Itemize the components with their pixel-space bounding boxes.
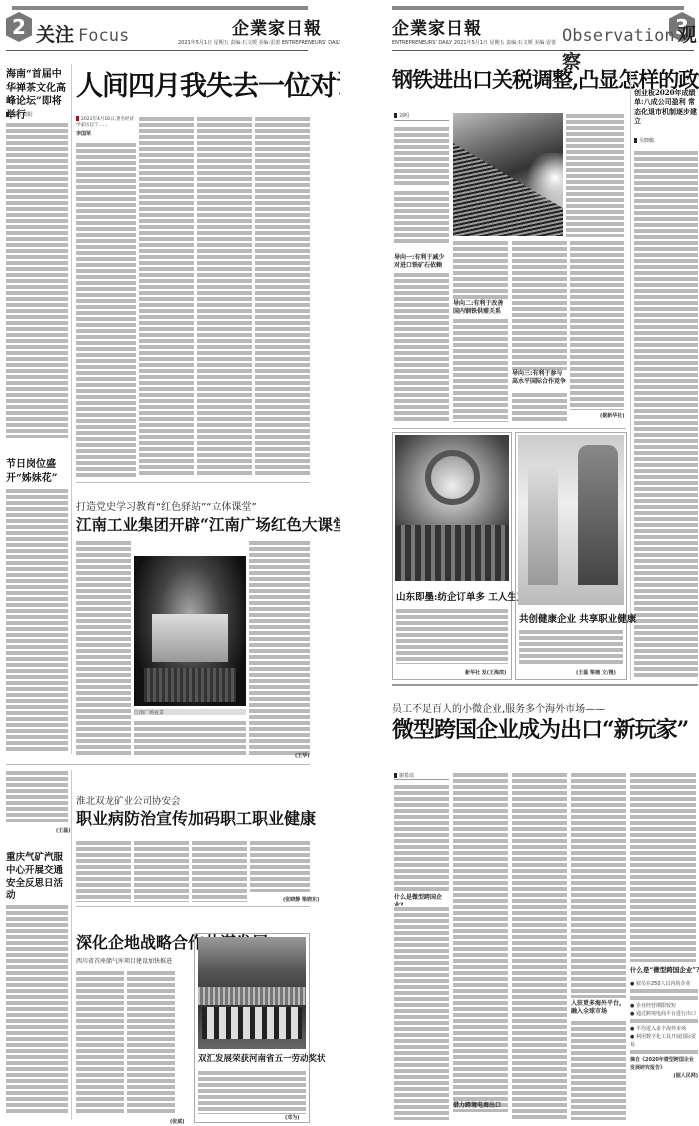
body-text	[566, 113, 624, 237]
photo-news-1: 山东即墨:纺企订单多 工人生产忙 新华社 发(王海滨)	[392, 432, 512, 680]
sidebar-bullets: ● 雇员在250人以内的企业 ● 企业经营期限较短 ● 通过跨境电商平台进行出口…	[630, 980, 698, 1080]
photo-news-2-headline[interactable]: 共创健康企业 共享职业健康	[519, 611, 636, 625]
page-2-focus: 2 关注Focus 企業家日報 2021年5月1日 星期五 责编:石文媛 美编:…	[0, 0, 340, 1126]
column-rule	[71, 770, 72, 1120]
subhead-3: 导向三:有利于参与高水平国际合作竞争	[512, 370, 568, 387]
page-gutter	[340, 0, 362, 1126]
body-text	[76, 840, 131, 902]
body-text	[453, 772, 508, 1112]
section-title: 关注Focus	[36, 20, 129, 47]
masthead-logo: 企業家日報	[232, 14, 322, 39]
body-col-2	[139, 116, 194, 477]
bullet-item: ● 企业经营期限较短	[630, 1002, 698, 1010]
subhead-1: 导向一:有利于减少对进口铁矿石依赖	[394, 254, 450, 271]
sidebar-headline-2[interactable]: 节日岗位盛开“姊妹花”	[6, 458, 68, 485]
divider	[76, 906, 310, 907]
body-text	[394, 906, 449, 1120]
body-text	[76, 540, 131, 755]
body-col-4	[255, 116, 310, 477]
dateline: 2021年5月1日 星期五 责编:石文媛 美编:雷蕾 ENTREPRENEURS…	[178, 39, 342, 46]
subhead-2: 导向二:有利于改善国内钢铁供需关系	[453, 300, 509, 317]
column-rule	[630, 70, 631, 680]
body-text	[249, 540, 310, 755]
body-text	[134, 840, 189, 902]
body-text	[394, 784, 449, 892]
body-text	[571, 772, 626, 998]
body-text	[394, 190, 449, 245]
byline: 刘明	[394, 112, 409, 119]
body-text	[512, 772, 567, 1120]
sidebar-box-title: 什么是“微型跨国企业”?	[630, 966, 699, 975]
body-text	[6, 770, 68, 822]
author: 李国荣	[76, 130, 91, 137]
page-3-observation: 3 企業家日報 ENTREPRENEURS' DAILY 2021年5月1日 星…	[362, 0, 699, 1126]
signature: (王华)	[295, 752, 310, 759]
header-top-bar	[12, 6, 308, 10]
photo-caption: 江南广场夜景	[134, 709, 246, 715]
masthead-logo: 企業家日報	[392, 14, 482, 39]
body-text	[512, 240, 567, 370]
award-photo	[198, 937, 306, 1049]
divider	[392, 684, 698, 686]
award-headline[interactable]: 双汇发展荣获河南省五一劳动奖状	[198, 1054, 326, 1065]
body-text	[453, 240, 508, 300]
health-headline[interactable]: 职业病防治宣传加码职工职业健康	[76, 806, 316, 829]
subhead-2: 入驻更多海外平台,融入全球市场	[571, 1000, 627, 1017]
divider	[392, 428, 626, 429]
body-text	[453, 318, 508, 422]
award-box: 双汇发展荣获河南省五一劳动奖状 (邓为)	[194, 933, 310, 1123]
bullet-item: ● 通过跨境电商平台进行出口	[630, 1010, 698, 1018]
divider	[6, 764, 310, 765]
signature: (王磊 梁楠 文/摄)	[576, 669, 616, 676]
body-text	[512, 392, 567, 422]
page-number-badge: 2	[6, 12, 32, 42]
body-text	[192, 840, 247, 902]
sidebar-source: 摘自《2020年微型跨国企业发展研究报告》	[630, 1056, 698, 1072]
bullet-item: ● 利用数字化工具开展国际贸易	[630, 1033, 698, 1049]
body-text	[6, 488, 68, 752]
health-kicker: 淮北双龙矿业公司协安会	[76, 793, 181, 807]
body-text	[6, 904, 68, 1114]
signature: (王磊)	[56, 827, 71, 834]
photo-news-2: 共创健康企业 共享职业健康 (王磊 梁楠 文/摄)	[515, 432, 627, 680]
bottom-subhead: 西川省首座储气库项目建设加快推进	[76, 956, 172, 965]
body-col-1	[76, 142, 136, 477]
byline-rule	[394, 779, 449, 780]
byline: 谢希瑶	[394, 772, 414, 779]
body-text	[127, 970, 175, 1115]
signature: 新华社 发(王海滨)	[465, 669, 506, 676]
body-text	[6, 122, 68, 438]
body-text	[571, 1020, 626, 1120]
header-top-bar	[392, 6, 684, 10]
feature-headline[interactable]: 江南工业集团开辟“江南广场红色大课堂”	[76, 513, 357, 535]
body-text	[394, 126, 449, 186]
body-text	[630, 772, 696, 962]
signature: (邓为)	[285, 1114, 300, 1121]
body-text	[634, 150, 698, 678]
factory-photo	[395, 435, 509, 581]
body-text	[134, 720, 246, 756]
bullet-item: ● 雇员在250人以内的企业	[630, 980, 698, 988]
workshop-photo	[518, 435, 624, 605]
byline-rule	[394, 120, 449, 121]
byline: 吴晓璐	[634, 137, 654, 144]
dateline: ENTREPRENEURS' DAILY 2021年5月1日 星期五 责编:石文…	[392, 39, 556, 46]
body-text	[394, 272, 449, 422]
bottom-headline[interactable]: 微型跨国企业成为出口“新玩家”	[392, 713, 688, 744]
side-headline[interactable]: 创业板2020年成绩单:八成公司盈利 常态化退市机制逐步建立	[634, 88, 698, 126]
subhead-3: 借力跨境电商出口	[453, 1102, 509, 1110]
signature: (张晓静 梁晓东)	[283, 896, 319, 903]
steel-photo	[453, 113, 563, 236]
header-rule	[392, 50, 694, 51]
signature: (张斌)	[170, 1118, 185, 1125]
feature-photo	[134, 556, 246, 706]
divider	[76, 482, 310, 483]
sidebar-headline-3[interactable]: 重庆气矿汽服中心开展交通安全反思日活动	[6, 852, 68, 903]
feature-kicker: 打造党史学习教育“红色驿站”“立体课堂”	[76, 498, 257, 513]
body-text	[570, 240, 624, 410]
body-text	[198, 1070, 306, 1114]
column-rule	[71, 64, 72, 754]
lead-byline: 2021年4月16日,著名经济学家厉以宁……	[76, 116, 136, 130]
bullet-item: ● 平均进入多个海外市场	[630, 1025, 698, 1033]
sidebar-box: 什么是“微型跨国企业”? ● 雇员在250人以内的企业 ● 企业经营期限较短 ●…	[630, 966, 698, 1122]
body-text	[519, 629, 623, 665]
body-text	[396, 608, 508, 664]
header-rule	[6, 50, 308, 51]
signature: (据人民网)	[630, 1072, 698, 1080]
body-text	[76, 970, 124, 1115]
body-col-3	[197, 116, 252, 477]
byline: 吴德 刘阳	[6, 111, 33, 118]
signature: (据新华社)	[600, 412, 625, 419]
body-text	[250, 840, 310, 892]
